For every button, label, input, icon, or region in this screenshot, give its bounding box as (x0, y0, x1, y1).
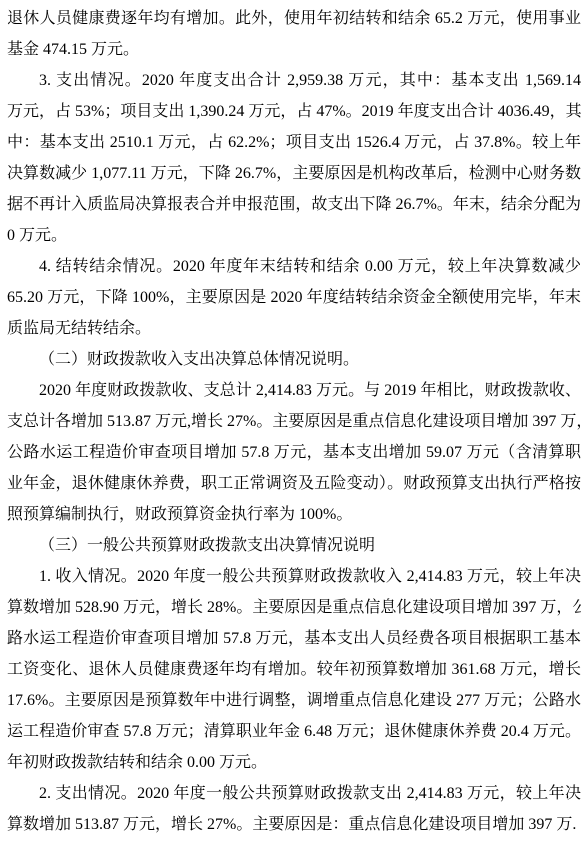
text-line: 2. 支出情况。2020 年度一般公共预算财政拨款支出 2,414.83 万元，… (7, 778, 581, 809)
text-line: 退休人员健康费逐年均有增加。此外，使用年初结转和结余 65.2 万元，使用事业 (7, 3, 581, 34)
section-heading-line: （二）财政拨款收入支出决算总体情况说明。 (7, 344, 581, 375)
document-page: 退休人员健康费逐年均有增加。此外，使用年初结转和结余 65.2 万元，使用事业 … (0, 0, 587, 842)
text-line: 决算数减少 1,077.11 万元，下降 26.7%，主要原因是机构改革后，检测… (7, 158, 581, 189)
text-line: 2020 年度财政拨款收、支总计 2,414.83 万元。与 2019 年相比，… (7, 375, 581, 406)
text-line: 业年金，退休健康休养费，职工正常调资及五险变动）。财政预算支出执行严格按 (7, 468, 581, 499)
text-line: 公路水运工程造价审查项目增加 57.8 万元，基本支出增加 59.07 万元（含… (7, 437, 581, 468)
text-line: 算数增加 513.87 万元，增长 27%。主要原因是：重点信息化建设项目增加 … (7, 809, 581, 840)
text-line: 万元，占 53%；项目支出 1,390.24 万元，占 47%。2019 年度支… (7, 96, 581, 127)
text-line: 工资变化、退休人员健康费逐年均有增加。较年初预算数增加 361.68 万元，增长 (7, 654, 581, 685)
text-line: 质监局无结转结余。 (7, 313, 581, 344)
section-heading-line: （三）一般公共预算财政拨款支出决算情况说明 (7, 530, 581, 561)
text-line: 路水运工程造价审查项目增加 57.8 万元，基本支出人员经费各项目根据职工基本 (7, 623, 581, 654)
text-line: 0 万元。 (7, 220, 581, 251)
text-line: 支总计各增加 513.87 万元,增长 27%。主要原因是重点信息化建设项目增加… (7, 406, 581, 437)
text-line: 65.20 万元，下降 100%，主要原因是 2020 年度结转结余资金全额使用… (7, 282, 581, 313)
text-line: 年初财政拨款结转和结余 0.00 万元。 (7, 747, 581, 778)
text-line: 基金 474.15 万元。 (7, 34, 581, 65)
text-line: 算数增加 528.90 万元，增长 28%。主要原因是重点信息化建设项目增加 3… (7, 592, 581, 623)
text-line: 3. 支出情况。2020 年度支出合计 2,959.38 万元，其中：基本支出 … (7, 65, 581, 96)
text-line: 中：基本支出 2510.1 万元，占 62.2%；项目支出 1526.4 万元，… (7, 127, 581, 158)
text-line: 1. 收入情况。2020 年度一般公共预算财政拨款收入 2,414.83 万元，… (7, 561, 581, 592)
text-line: 据不再计入质监局决算报表合并申报范围，故支出下降 26.7%。年末，结余分配为 (7, 189, 581, 220)
text-line: 17.6%。主要原因是预算数年中进行调整，调增重点信息化建设 277 万元；公路… (7, 685, 581, 716)
text-line: 4. 结转结余情况。2020 年度年末结转和结余 0.00 万元，较上年决算数减… (7, 251, 581, 282)
text-line: 运工程造价审查 57.8 万元；清算职业年金 6.48 万元；退休健康休养费 2… (7, 716, 581, 747)
text-line: 照预算编制执行，财政预算资金执行率为 100%。 (7, 499, 581, 530)
